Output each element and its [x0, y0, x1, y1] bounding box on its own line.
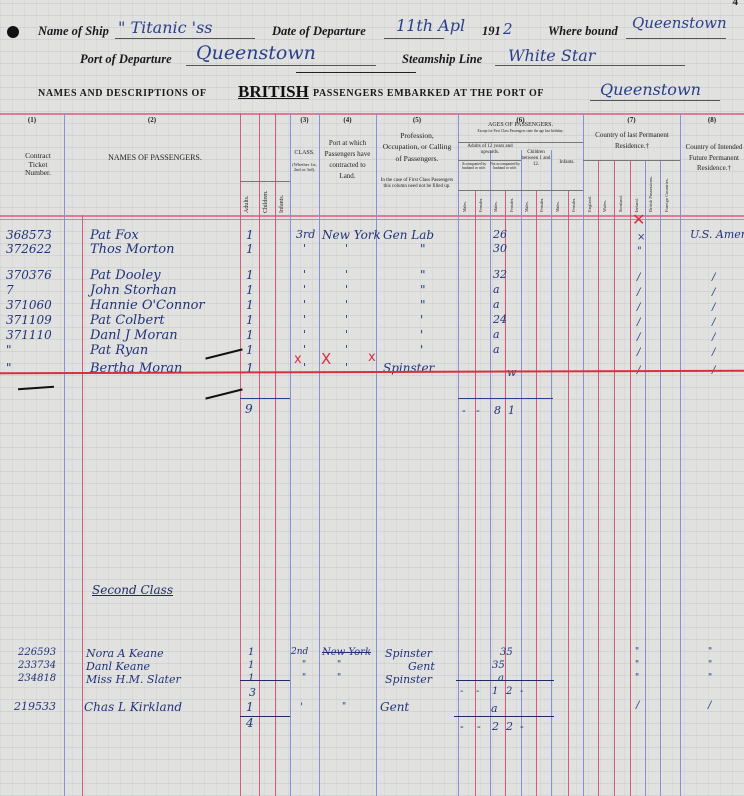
col-ages-sub: Except for First Class Passengers state …: [465, 129, 576, 133]
title-post: PASSENGERS EMBARKED AT THE PORT OF: [313, 88, 544, 99]
age-value: a: [493, 283, 500, 296]
col-names-header: NAMES OF PASSENGERS.: [100, 150, 210, 166]
class-value: ': [303, 298, 306, 311]
ages-male-2: Males.: [493, 201, 498, 212]
port-value: ': [345, 298, 348, 311]
col2-number: (2): [64, 116, 240, 124]
country-foreign: Foreign Countries.: [664, 178, 669, 212]
col-ages-accomp: Accompanied by husband or wife.: [459, 162, 489, 170]
occupation-value: ": [420, 242, 426, 256]
residence-mark: /: [636, 700, 639, 711]
total-age-cell: 2: [492, 720, 499, 733]
port-label: Port of Departure: [80, 52, 172, 67]
port-value: Queenstown: [196, 42, 316, 64]
title-pre: NAMES AND DESCRIPTIONS OF: [38, 88, 207, 99]
age-value: 26: [493, 228, 507, 241]
adults-count: 1: [246, 228, 254, 242]
port-value: New York: [322, 647, 371, 658]
age-value: 32: [493, 268, 507, 281]
future-residence: /: [712, 287, 715, 298]
third-total-adults: 9: [245, 402, 253, 416]
adults-count: 1: [246, 328, 254, 342]
ages-male-3: Males.: [524, 201, 529, 212]
residence-mark: ": [635, 660, 639, 670]
line-label: Steamship Line: [402, 52, 482, 67]
age-value: a: [491, 702, 498, 715]
residence-mark: /: [637, 317, 640, 328]
age-value: 35: [492, 660, 505, 671]
ticket-number: 234818: [18, 673, 56, 684]
col-class-sub: (Whether 1st, 2nd or 3rd).: [292, 162, 317, 172]
passenger-name: Pat Colbert: [90, 313, 165, 328]
future-residence: /: [712, 317, 715, 328]
age-value: 24: [493, 313, 507, 326]
subtotal-age-cell: -: [520, 686, 523, 697]
class-value: ": [302, 673, 306, 683]
adults-count: 1: [248, 673, 254, 684]
ticket-number: 368573: [6, 228, 52, 242]
col-ages-header: AGES OF PASSENGERS.: [458, 122, 583, 129]
ages-female-1: Females.: [478, 198, 483, 212]
ages-female-2: Females.: [509, 198, 514, 212]
class-value: ': [303, 283, 306, 296]
class-value: ': [303, 328, 306, 341]
passenger-name: Chas L Kirkland: [84, 700, 182, 714]
col7-number: (7): [583, 116, 680, 124]
adults-count: 1: [246, 343, 254, 357]
manifest-page: 4 Name of Ship " Titanic 'ss Date of Dep…: [0, 0, 744, 796]
port-value: ": [342, 702, 346, 712]
class-value: ': [303, 343, 306, 356]
total-age-cell: -: [476, 404, 480, 417]
col-future-header: Country of Intended Future Permanent Res…: [684, 142, 744, 174]
total-age-cell: 1: [508, 404, 515, 417]
bound-label: Where bound: [548, 24, 618, 39]
ages-male-4: Males.: [555, 201, 560, 212]
occupation-value: Spinster: [385, 673, 432, 686]
col-class-header: CLASS.: [290, 150, 319, 157]
col-ages-children: Children between 1 and 12.: [521, 150, 551, 167]
residence-mark: /: [637, 302, 640, 313]
title-port-value: Queenstown: [600, 80, 701, 99]
occupation-value: Gen Lab: [383, 228, 434, 242]
age-value: a: [493, 343, 500, 356]
passenger-name: Nora A Keane: [86, 647, 164, 660]
age-value: a: [493, 298, 500, 311]
port-value: ': [345, 242, 348, 255]
adults-count: 1: [246, 700, 254, 714]
ages-male-1: Males.: [462, 201, 467, 212]
col-occupation-sub: In the case of First Class Passengers th…: [378, 178, 456, 190]
country-scotland: Scotland.: [618, 195, 623, 212]
ages-female-4: Females.: [571, 198, 576, 212]
class-value: ': [303, 242, 306, 255]
ticket-number: 226593: [18, 647, 56, 658]
future-residence: ": [708, 660, 712, 670]
port-value: ": [337, 660, 341, 670]
total-age-cell: -: [520, 720, 524, 733]
col1-number: (1): [0, 116, 64, 124]
occupation-value: ': [420, 313, 423, 327]
passenger-name: Danl Keane: [86, 660, 150, 673]
adults-count: 1: [246, 283, 254, 297]
subtotal-age-cell: 2: [506, 686, 512, 697]
ticket-number: ": [6, 343, 12, 357]
col-children-header: Children.: [263, 191, 269, 214]
col5-number: (5): [376, 116, 458, 124]
residence-mark: /: [637, 347, 640, 358]
future-residence: /: [708, 700, 711, 711]
occupation-value: ': [420, 343, 423, 357]
occupation-value: Gent: [380, 700, 409, 714]
age-female-value: a: [498, 673, 504, 684]
date-label: Date of Departure: [272, 24, 366, 39]
passenger-name: Danl J Moran: [90, 328, 178, 343]
col-occupation-header: Profession, Occupation, or Calling of Pa…: [382, 130, 452, 164]
ticket-number: 371060: [6, 298, 52, 312]
total-age-cell: -: [477, 720, 481, 733]
age-female-value: 35: [500, 647, 513, 658]
residence-mark: /: [637, 287, 640, 298]
residence-mark: ": [637, 246, 642, 257]
total-age-cell: 8: [494, 404, 501, 417]
year-prefix: 191: [482, 24, 501, 39]
adults-count: 1: [248, 660, 254, 671]
subtotal-age-cell: 1: [492, 686, 498, 697]
class-value: 3rd: [296, 228, 315, 241]
country-england: England.: [587, 196, 592, 212]
ticket-number: 219533: [14, 700, 56, 713]
occupation-value: ': [420, 328, 423, 342]
passenger-name: Pat Ryan: [90, 343, 148, 358]
passenger-name: Miss H.M. Slater: [86, 673, 181, 686]
residence-mark: ×: [637, 232, 645, 243]
col-ages-adults: Adults of 12 years and upwards.: [460, 144, 520, 156]
adults-count: 1: [246, 242, 254, 256]
age-value: 30: [493, 242, 507, 255]
passenger-name: Hannie O'Connor: [90, 298, 205, 313]
col-adults-header: Adults.: [244, 195, 250, 213]
ages-female-3: Females.: [539, 198, 544, 212]
residence-mark: /: [637, 332, 640, 343]
class-value: ': [303, 268, 306, 281]
adults-count: 1: [246, 298, 254, 312]
adults-count: 1: [246, 268, 254, 282]
ticket-number: 371110: [6, 328, 52, 342]
port-value: ': [345, 343, 348, 356]
ship-label: Name of Ship: [38, 24, 109, 39]
port-value: ': [345, 268, 348, 281]
ticket-number: 372622: [6, 242, 52, 256]
occupation-value: ": [420, 283, 426, 297]
second-subtotal-adults: 3: [249, 686, 256, 699]
passenger-name: Pat Dooley: [90, 268, 161, 283]
future-residence: U.S. America: [690, 228, 744, 241]
year-suffix: 2: [503, 20, 513, 38]
total-age-cell: -: [462, 404, 466, 417]
date-value: 11th Apl: [396, 16, 465, 35]
passenger-name: Pat Fox: [90, 228, 139, 243]
port-value: ': [345, 313, 348, 326]
ticket-number: 233734: [18, 660, 56, 671]
port-value: ": [337, 673, 341, 683]
future-residence: /: [712, 332, 715, 343]
page-number: 4: [733, 0, 739, 8]
adults-count: 1: [246, 313, 254, 327]
ship-value: " Titanic 'ss: [118, 18, 213, 37]
col-ticket-header: Contract Ticket Number.: [18, 152, 58, 178]
ticket-number: 371109: [6, 313, 52, 327]
residence-mark: ": [635, 647, 639, 657]
future-residence: ": [708, 647, 712, 657]
future-residence: ": [708, 673, 712, 683]
punch-hole: [7, 26, 19, 38]
port-value: New York: [322, 228, 381, 242]
col-infants-header: Infants.: [279, 195, 285, 213]
subtotal-age-cell: -: [476, 686, 479, 697]
total-age-cell: 2: [506, 720, 513, 733]
age-value: a: [493, 328, 500, 341]
port-value: ': [345, 283, 348, 296]
col4-number: (4): [319, 116, 376, 124]
adults-count: 1: [248, 647, 254, 658]
country-wales: Wales.: [602, 200, 607, 212]
future-residence: /: [712, 347, 715, 358]
total-age-cell: -: [460, 720, 464, 733]
ticket-number: 7: [6, 283, 14, 297]
title-british: BRITISH: [238, 82, 309, 102]
col-residence-header: Country of last Permanent Residence.†: [588, 130, 676, 152]
subtotal-age-cell: -: [460, 686, 463, 697]
ticket-number: 370376: [6, 268, 52, 282]
future-residence: /: [712, 272, 715, 283]
residence-mark: ": [635, 673, 639, 683]
second-class-heading: Second Class: [92, 583, 173, 597]
col3-number: (3): [290, 116, 319, 124]
col-ages-infants: Infants.: [551, 160, 583, 166]
second-total-adults: 4: [246, 716, 254, 730]
passenger-name: Thos Morton: [90, 242, 174, 257]
col-ages-notaccomp: Not accompanied by husband or wife.: [490, 162, 520, 170]
country-british-possessions: British Possessions.: [648, 176, 653, 212]
occupation-value: Spinster: [385, 647, 432, 660]
class-value: ': [300, 702, 303, 713]
line-value: White Star: [508, 46, 595, 65]
class-value: 2nd: [291, 647, 308, 657]
occupation-value: Gent: [408, 660, 435, 673]
col8-number: (8): [680, 116, 744, 124]
passenger-name: John Storhan: [90, 283, 177, 298]
col-port-header: Port at which Passengers have contracted…: [321, 138, 374, 181]
occupation-value: ": [420, 298, 426, 312]
bound-value: Queenstown: [632, 14, 727, 32]
port-value: ': [345, 328, 348, 341]
class-value: ": [302, 660, 306, 670]
future-residence: /: [712, 302, 715, 313]
occupation-value: ": [420, 268, 426, 282]
residence-mark: /: [637, 272, 640, 283]
class-value: ': [303, 313, 306, 326]
